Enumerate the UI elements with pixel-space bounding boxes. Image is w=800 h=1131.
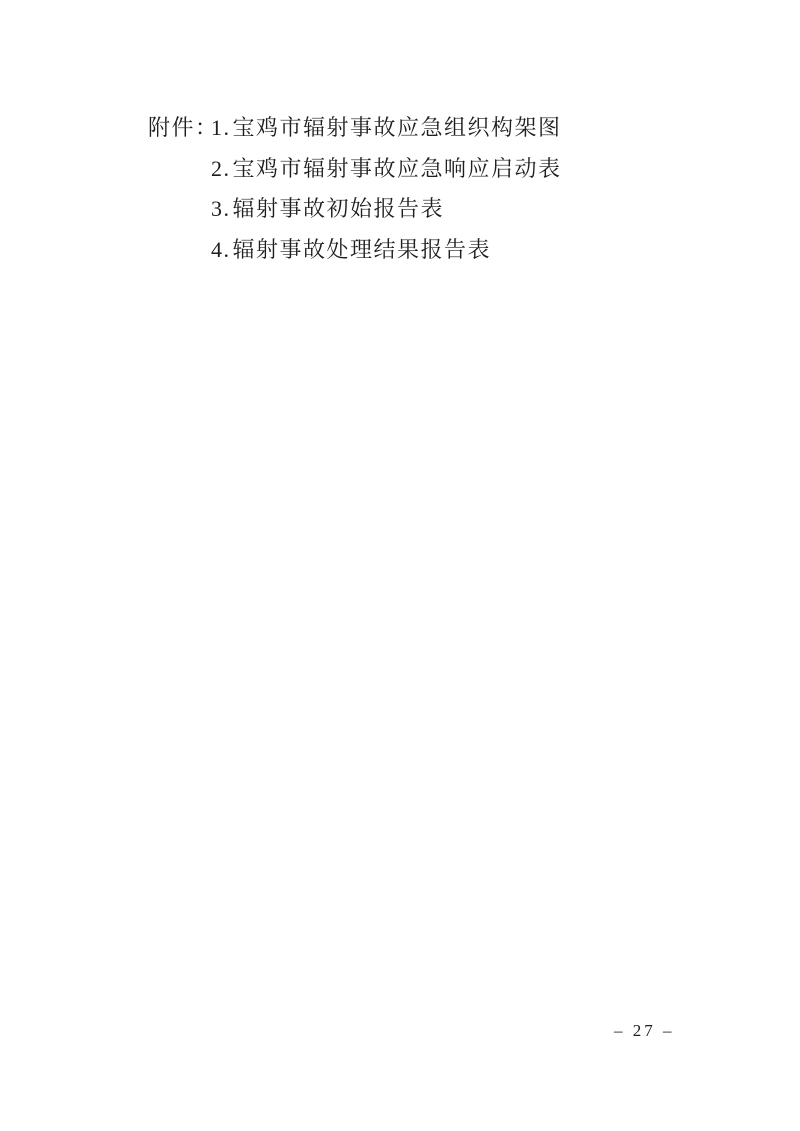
attachment-item-title: 辐射事故处理结果报告表 — [233, 230, 492, 271]
attachment-item-title: 宝鸡市辐射事故应急组织构架图 — [233, 108, 562, 149]
attachment-label: 附件： — [148, 108, 211, 149]
attachment-list: 附件： 1. 宝鸡市辐射事故应急组织构架图 2. 宝鸡市辐射事故应急响应启动表 … — [148, 108, 562, 270]
attachment-item-number: 2. — [211, 149, 231, 190]
attachment-row-1: 附件： 1. 宝鸡市辐射事故应急组织构架图 — [148, 108, 562, 149]
attachment-row-4: 4. 辐射事故处理结果报告表 — [211, 230, 562, 271]
attachment-item-number: 3. — [211, 189, 231, 230]
document-page: 附件： 1. 宝鸡市辐射事故应急组织构架图 2. 宝鸡市辐射事故应急响应启动表 … — [0, 0, 800, 1131]
page-number: – 27 – — [614, 1019, 675, 1043]
attachment-row-3: 3. 辐射事故初始报告表 — [211, 189, 562, 230]
attachment-item-number: 1. — [211, 108, 231, 149]
attachment-item-number: 4. — [211, 230, 231, 271]
attachment-item-title: 宝鸡市辐射事故应急响应启动表 — [233, 149, 562, 190]
attachment-row-2: 2. 宝鸡市辐射事故应急响应启动表 — [211, 149, 562, 190]
attachment-item-title: 辐射事故初始报告表 — [233, 189, 445, 230]
